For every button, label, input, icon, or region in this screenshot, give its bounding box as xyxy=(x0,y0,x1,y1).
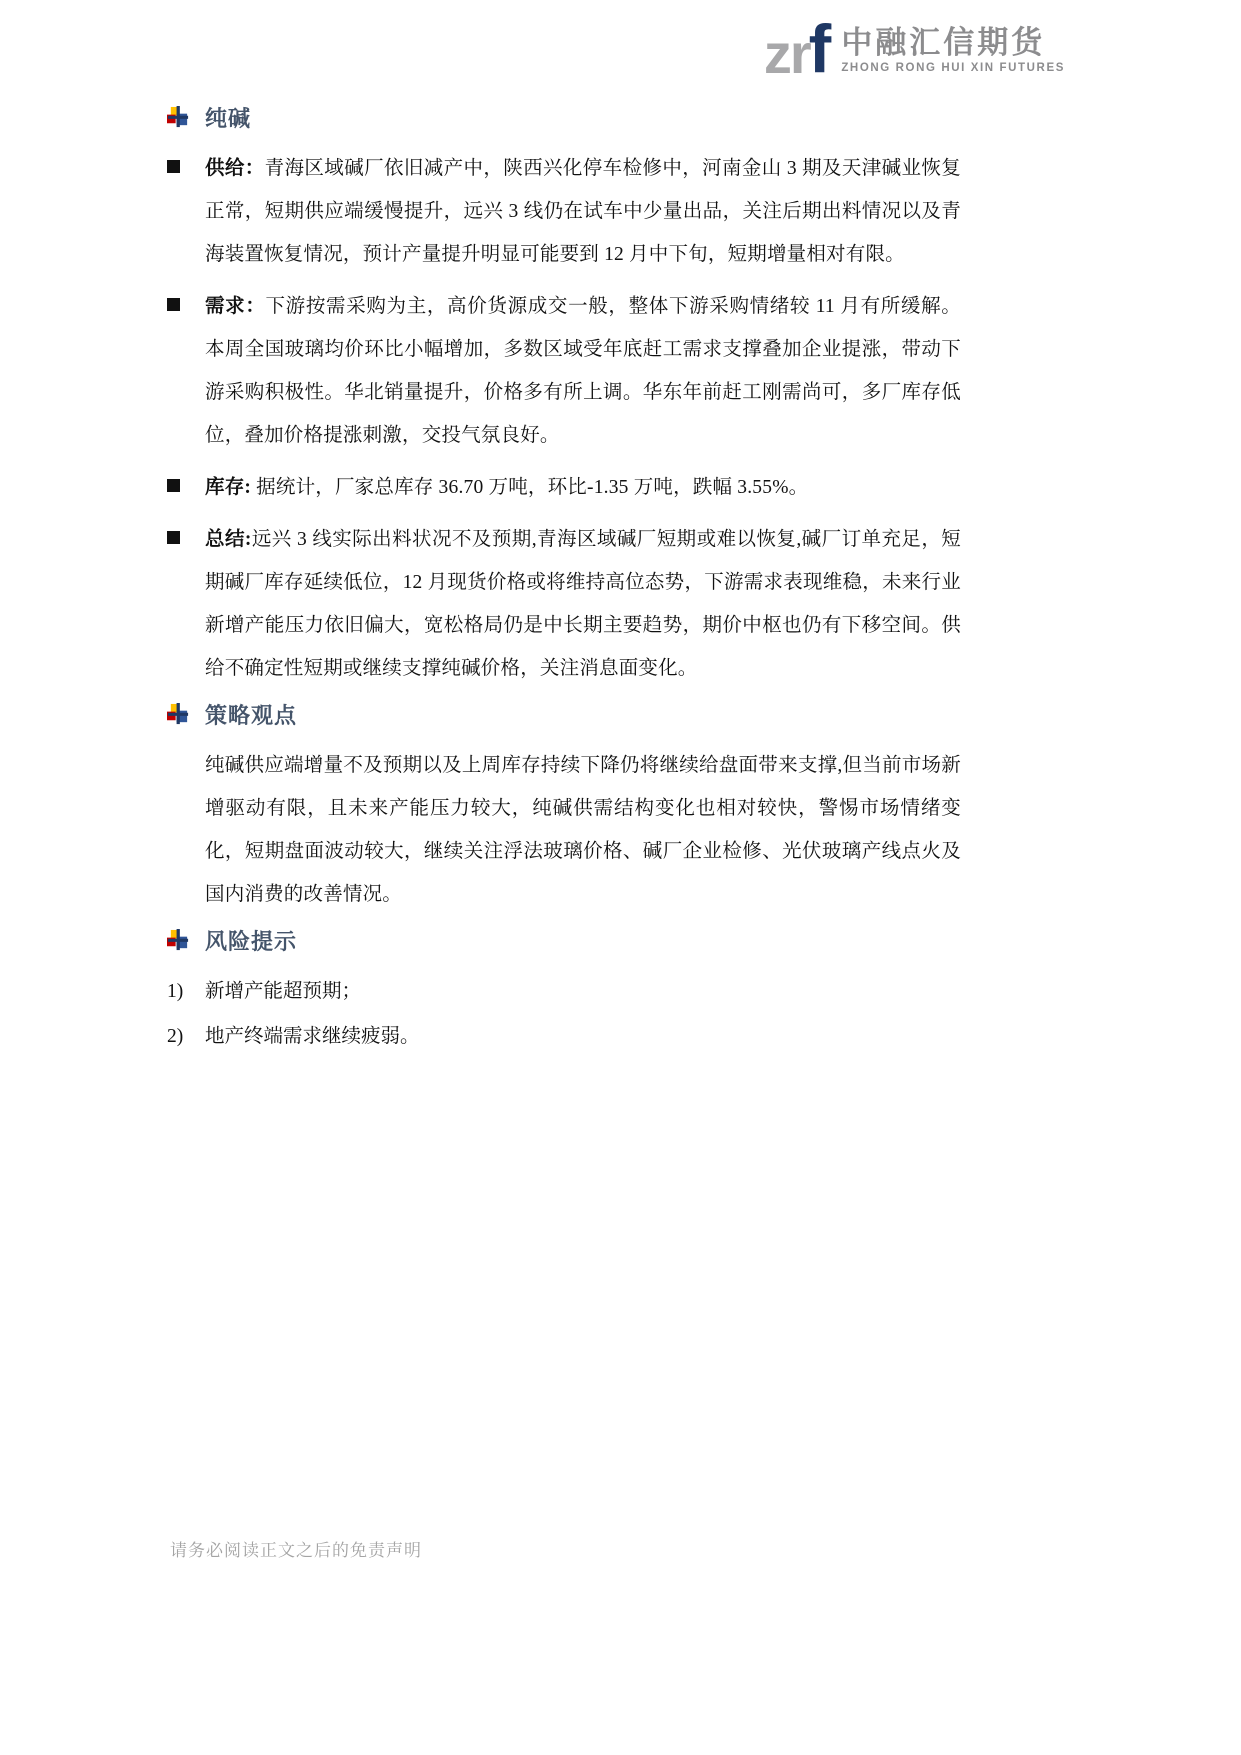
colored-plus-icon xyxy=(167,703,190,726)
bullet-supply: 供给：青海区域碱厂依旧减产中，陕西兴化停车检修中，河南金山 3 期及天津碱业恢复… xyxy=(167,147,961,276)
bullet-supply-label: 供给： xyxy=(205,158,265,179)
bullet-inventory: 库存: 据统计，厂家总库存 36.70 万吨，环比-1.35 万吨，跌幅 3.5… xyxy=(167,466,961,509)
risk-item-2-number: 2) xyxy=(167,1015,205,1058)
bullet-demand-label: 需求： xyxy=(205,296,266,317)
logo-names: 中融汇信期货 ZHONG RONG HUI XIN FUTURES xyxy=(841,26,1065,76)
section-header-strategy: 策略观点 xyxy=(167,699,961,730)
strategy-paragraph: 纯碱供应端增量不及预期以及上周库存持续下降仍将继续给盘面带来支撑,但当前市场新增… xyxy=(205,744,961,916)
risk-item-2-text: 地产终端需求继续疲弱。 xyxy=(205,1015,420,1058)
section-header-risk: 风险提示 xyxy=(167,925,961,956)
bullet-demand-body: 下游按需采购为主，高价货源成交一般，整体下游采购情绪较 11 月有所缓解。本周全… xyxy=(205,296,961,446)
section-title-strategy: 策略观点 xyxy=(205,699,297,730)
square-bullet-icon xyxy=(167,466,205,509)
bullet-demand: 需求：下游按需采购为主，高价货源成交一般，整体下游采购情绪较 11 月有所缓解。… xyxy=(167,285,961,457)
bullet-summary-text: 总结:远兴 3 线实际出料状况不及预期,青海区域碱厂短期或难以恢复,碱厂订单充足… xyxy=(205,518,961,690)
section-title-risk: 风险提示 xyxy=(205,925,297,956)
bullet-summary-label: 总结: xyxy=(205,529,252,550)
bullet-inventory-text: 库存: 据统计，厂家总库存 36.70 万吨，环比-1.35 万吨，跌幅 3.5… xyxy=(205,466,961,509)
logo-letters-zr: zr xyxy=(764,32,810,77)
risk-item-1: 1) 新增产能超预期； xyxy=(167,970,961,1013)
logo-acronym: zrf xyxy=(764,22,831,76)
bullet-demand-text: 需求：下游按需采购为主，高价货源成交一般，整体下游采购情绪较 11 月有所缓解。… xyxy=(205,285,961,457)
risk-item-1-number: 1) xyxy=(167,970,205,1013)
footer-disclaimer: 请务必阅读正文之后的免责声明 xyxy=(170,1536,422,1561)
colored-plus-icon xyxy=(167,929,190,952)
section-header-soda: 纯碱 xyxy=(167,102,961,133)
square-bullet-icon xyxy=(167,147,205,276)
company-name-cn: 中融汇信期货 xyxy=(841,26,1045,60)
risk-item-1-text: 新增产能超预期； xyxy=(205,970,361,1013)
bullet-summary: 总结:远兴 3 线实际出料状况不及预期,青海区域碱厂短期或难以恢复,碱厂订单充足… xyxy=(167,518,961,690)
bullet-summary-body: 远兴 3 线实际出料状况不及预期,青海区域碱厂短期或难以恢复,碱厂订单充足，短期… xyxy=(205,529,961,679)
colored-plus-icon xyxy=(167,106,190,129)
bullet-supply-body: 青海区域碱厂依旧减产中，陕西兴化停车检修中，河南金山 3 期及天津碱业恢复正常，… xyxy=(205,158,961,265)
risk-item-2: 2) 地产终端需求继续疲弱。 xyxy=(167,1015,961,1058)
company-logo: zrf 中融汇信期货 ZHONG RONG HUI XIN FUTURES xyxy=(764,22,1065,76)
bullet-supply-text: 供给：青海区域碱厂依旧减产中，陕西兴化停车检修中，河南金山 3 期及天津碱业恢复… xyxy=(205,147,961,276)
bullet-inventory-body: 据统计，厂家总库存 36.70 万吨，环比-1.35 万吨，跌幅 3.55%。 xyxy=(251,477,808,498)
section-title-soda: 纯碱 xyxy=(205,102,251,133)
report-body: 纯碱 供给：青海区域碱厂依旧减产中，陕西兴化停车检修中，河南金山 3 期及天津碱… xyxy=(167,96,961,1060)
report-page: zrf 中融汇信期货 ZHONG RONG HUI XIN FUTURES 纯碱… xyxy=(0,0,1241,1755)
bullet-inventory-label: 库存: xyxy=(205,477,251,498)
square-bullet-icon xyxy=(167,285,205,457)
square-bullet-icon xyxy=(167,518,205,690)
company-name-en: ZHONG RONG HUI XIN FUTURES xyxy=(841,62,1065,74)
logo-letter-f: f xyxy=(809,22,832,76)
